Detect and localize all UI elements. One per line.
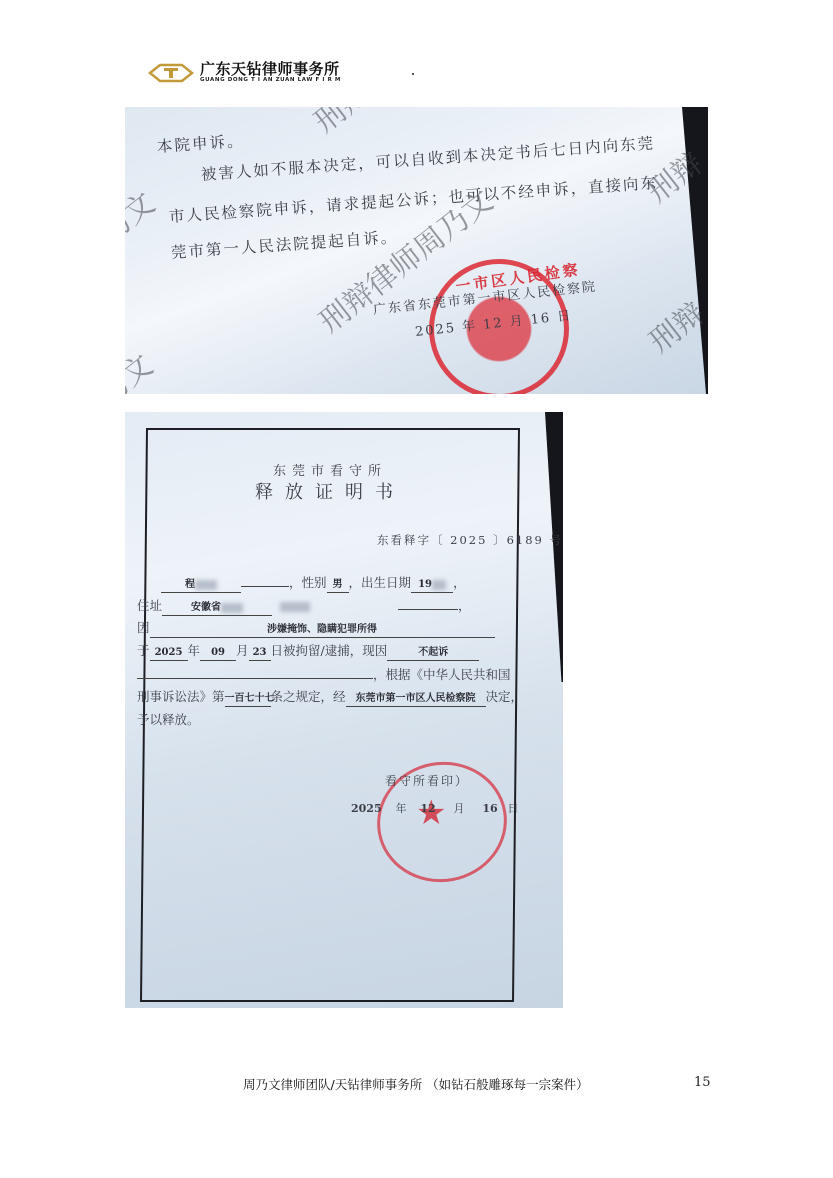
sign-date: 2025 年 12 月 16 日 <box>351 800 518 816</box>
watermark: 刑辩律师周乃文 <box>303 107 496 141</box>
row-release: 予以释放。 <box>137 710 517 733</box>
row-law-article: 刑事诉讼法》第一百七十七条之规定，经东莞市第一市区人民检察院决定， <box>137 687 517 710</box>
month-field: 09 <box>200 646 236 661</box>
diamond-logo-icon <box>148 63 194 83</box>
issuing-organization: 东莞市看守所 <box>125 460 535 479</box>
watermark: 乃文 <box>125 341 160 394</box>
page-number: 15 <box>694 1075 711 1090</box>
watermark: 乃文 <box>125 179 162 251</box>
reason-label: 因 <box>137 620 150 635</box>
birth-label: 出生日期 <box>361 575 411 590</box>
document-number: 东看释字〔 2025 〕6189 号 <box>377 532 563 548</box>
address-label: 住址 <box>137 598 162 613</box>
row-personal-info: 程，性别男，出生日期19， <box>137 572 517 595</box>
decider-field: 东莞市第一市区人民检察院 <box>346 692 486 707</box>
article-field: 一百七十七 <box>225 692 271 707</box>
row-reason: 因涉嫌掩饰、隐瞒犯罪所得 <box>137 618 517 641</box>
year-field: 2025 <box>150 646 188 661</box>
row-address: 住址安徽省， <box>137 595 517 618</box>
birth-field: 19 <box>411 578 453 593</box>
certificate-title: 释放证明书 <box>125 478 535 504</box>
photo-release-certificate: 东莞市看守所 释放证明书 东看释字〔 2025 〕6189 号 程，性别男，出生… <box>125 412 563 1008</box>
stray-dot <box>412 73 414 75</box>
gender-label: 性别 <box>302 575 327 590</box>
reason-field: 涉嫌掩饰、隐瞒犯罪所得 <box>150 623 495 638</box>
decision-line: 莞市第一人民法院提起自诉。 <box>170 225 398 263</box>
watermark: 刑辩 <box>638 289 708 361</box>
name-field: 程 <box>161 578 241 593</box>
logo-chinese-name: 广东天钻律师事务所 <box>200 62 341 77</box>
seal-label: 看守所看印） <box>385 772 469 789</box>
address-field: 安徽省 <box>162 601 272 616</box>
logo-english-name: GUANG DONG T I AN ZUAN LAW F I R M <box>200 78 341 84</box>
current-reason-field: 不起诉 <box>387 646 479 661</box>
row-detention-date: 于2025年09月23日被拘留/逮捕，现因不起诉 <box>137 641 517 664</box>
day-field: 23 <box>249 646 271 661</box>
firm-logo: 广东天钻律师事务所 GUANG DONG T I AN ZUAN LAW F I… <box>148 62 341 84</box>
gender-field: 男 <box>327 578 349 593</box>
row-law: ，根据《中华人民共和国 <box>137 664 517 687</box>
decision-line: 本院申诉。 <box>156 129 245 157</box>
page-footer: 周乃文律师团队/天钻律师事务所 （如钻石般雕琢每一宗案件） <box>243 1075 589 1093</box>
certificate-form: 程，性别男，出生日期19， 住址安徽省， 因涉嫌掩饰、隐瞒犯罪所得 于2025年… <box>137 572 517 733</box>
photo-decision-document: 本院申诉。 被害人如不服本决定，可以自收到本决定书后七日内向东莞 市人民检察院申… <box>125 107 708 394</box>
